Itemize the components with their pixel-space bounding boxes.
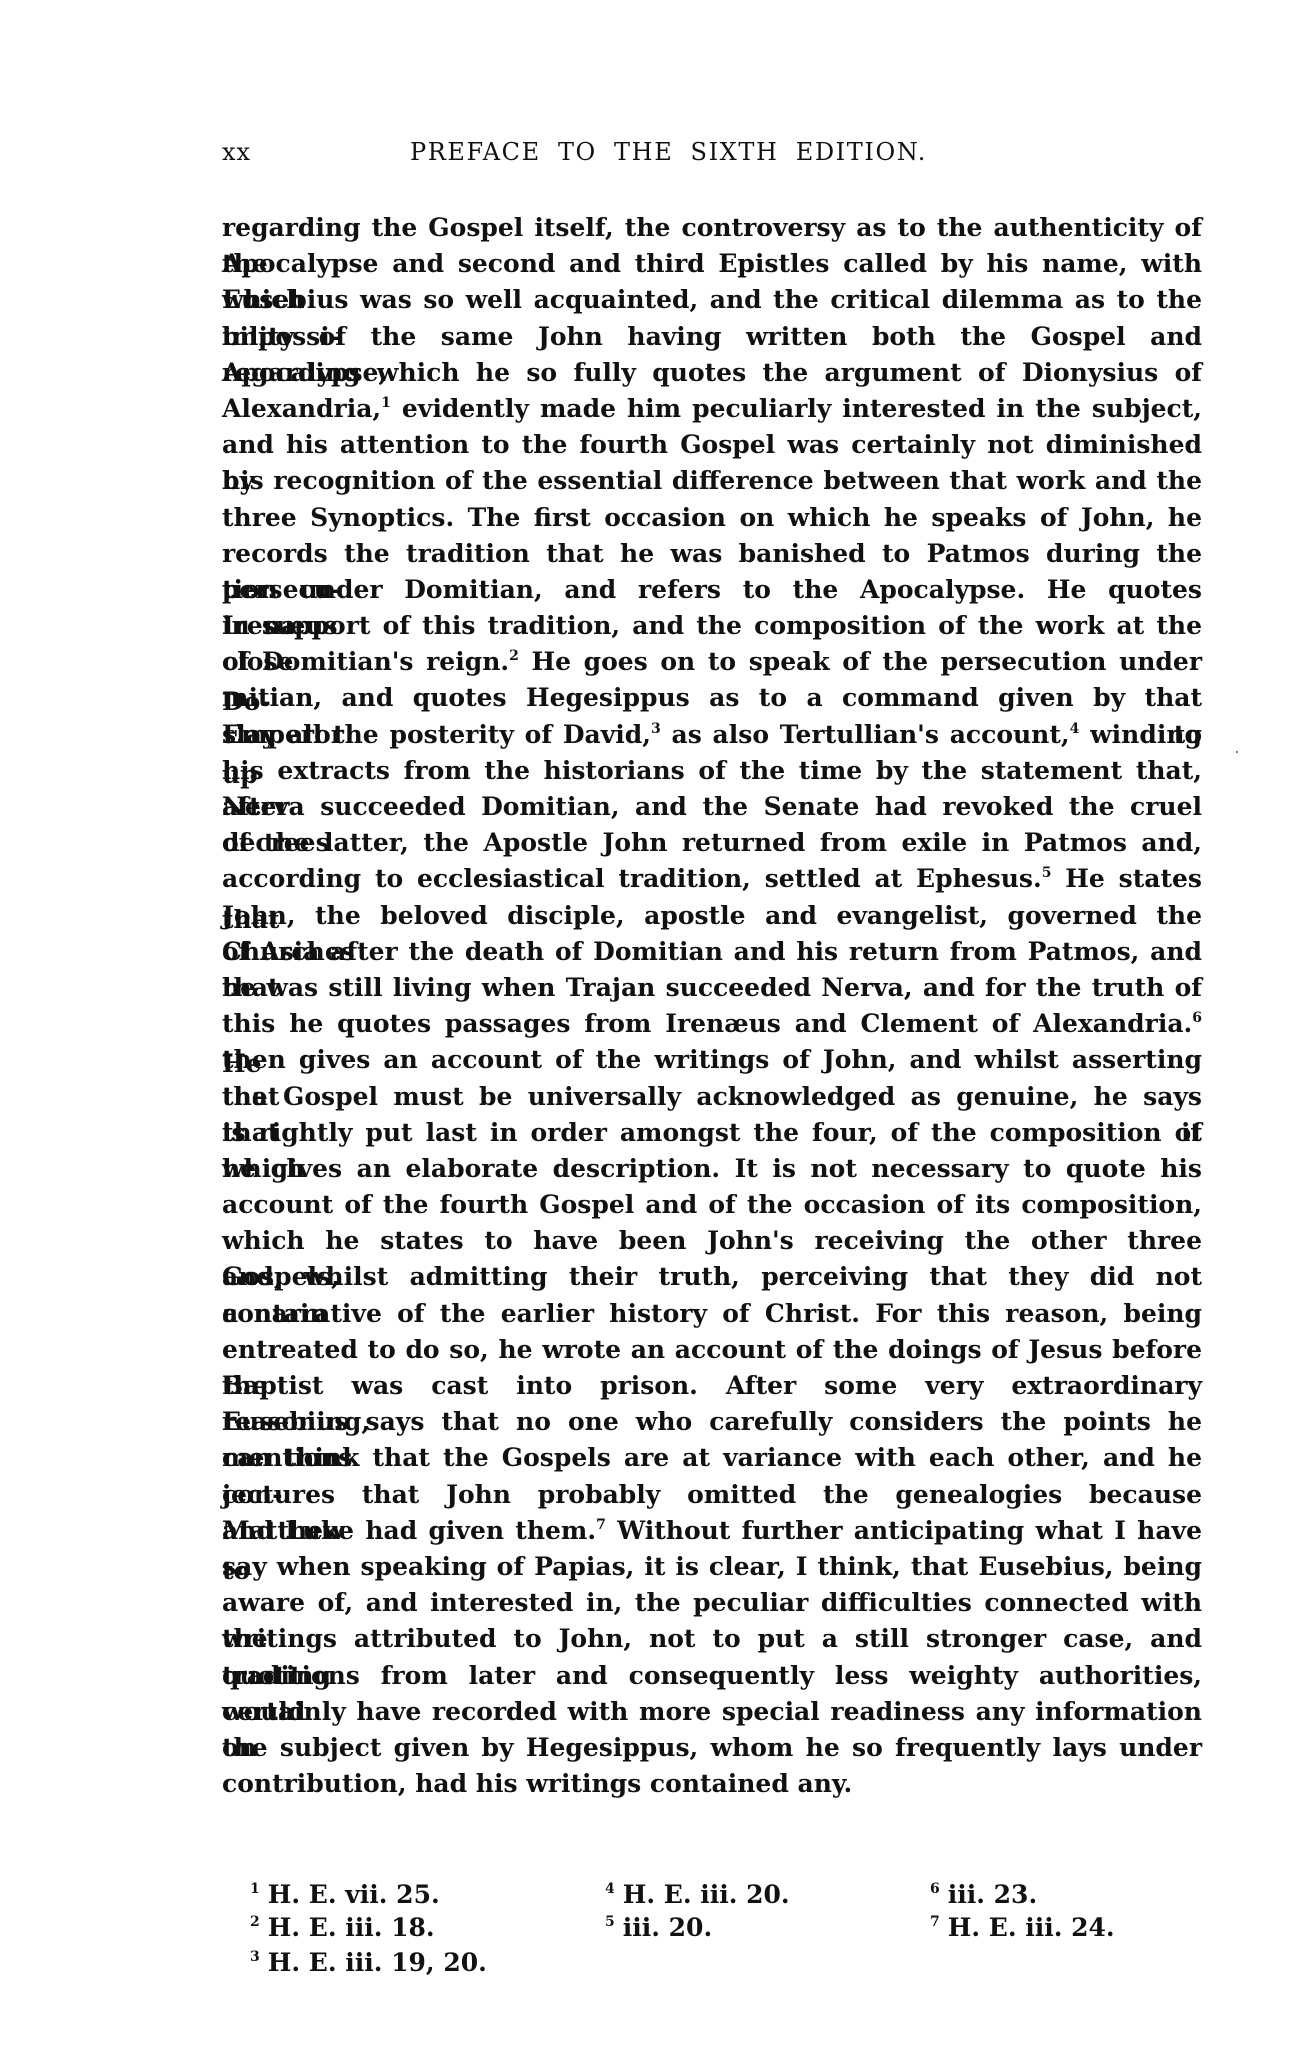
text-line: he was still living when Trajan succeede… [222,970,1202,1006]
text-line: contribution, had his writings contained… [222,1766,1202,1802]
footnote-reference: 2 [509,648,519,664]
text-line: his extracts from the historians of the … [222,753,1202,789]
page-number: xx [222,138,251,166]
text-line-content: his recognition of the essential differe… [222,463,1202,499]
text-line: regarding which he so fully quotes the a… [222,355,1202,391]
text-line: the Gospel must be universally acknowled… [222,1079,1202,1115]
text-line-content: contribution, had his writings contained… [222,1766,1202,1802]
text-line-content: account of the fourth Gospel and of the … [222,1187,1202,1223]
footnote-2: 2H. E. iii. 18. [250,1911,435,1949]
text-line: and his attention to the fourth Gospel w… [222,427,1202,463]
footnote-3: 3H. E. iii. 19, 20. [250,1946,487,1984]
text-line: can think that the Gospels are at varian… [222,1440,1202,1476]
text-line: bility of the same John having written b… [222,319,1202,355]
body-paragraph: regarding the Gospel itself, the controv… [222,210,1202,1802]
text-line: jectures that John probably omitted the … [222,1477,1202,1513]
text-line: in support of this tradition, and the co… [222,608,1202,644]
text-line: this he quotes passages from Irenæus and… [222,1006,1202,1042]
running-title: PREFACE TO THE SIXTH EDITION. [410,138,927,166]
text-line: aware of, and interested in, the peculia… [222,1585,1202,1621]
text-line: Alexandria,1 evidently made him peculiar… [222,391,1202,427]
text-line: regarding the Gospel itself, the controv… [222,210,1202,246]
text-line: is rightly put last in order amongst the… [222,1115,1202,1151]
footnote-reference: 6 [1192,1010,1202,1026]
footnote-reference: 5 [1042,865,1052,881]
footnote-marker: 5 [605,1914,615,1930]
book-page: xx PREFACE TO THE SIXTH EDITION. regardi… [0,0,1293,2050]
text-line: and, whilst admitting their truth, perce… [222,1259,1202,1295]
footnote-text: H. E. iii. 20. [623,1880,790,1909]
text-line: and Luke had given them.7 Without furthe… [222,1513,1202,1549]
text-line-content: say when speaking of Papias, it is clear… [222,1549,1202,1585]
text-line: then gives an account of the writings of… [222,1042,1202,1078]
text-line: Baptist was cast into prison. After some… [222,1368,1202,1404]
text-line: he gives an elaborate description. It is… [222,1151,1202,1187]
text-line: tion under Domitian, and refers to the A… [222,572,1202,608]
footnote-7: 7H. E. iii. 24. [930,1911,1115,1949]
text-line: the subject given by Hegesippus, whom he… [222,1730,1202,1766]
footnote-reference: 1 [381,395,391,411]
text-line-content: he was still living when Trajan succeede… [222,970,1202,1006]
footnote-marker: 6 [930,1881,940,1897]
text-line: certainly have recorded with more specia… [222,1694,1202,1730]
footnote-marker: 4 [605,1881,615,1897]
text-line-content: the subject given by Hegesippus, whom he… [222,1730,1202,1766]
running-head: xx PREFACE TO THE SIXTH EDITION. [222,138,1202,172]
footnote-5: 5iii. 20. [605,1911,712,1949]
text-line: of the latter, the Apostle John returned… [222,825,1202,861]
text-line: which he states to have been John's rece… [222,1223,1202,1259]
text-line: say when speaking of Papias, it is clear… [222,1549,1202,1585]
text-line: slay all the posterity of David,3 as als… [222,717,1202,753]
text-line-content: regarding which he so fully quotes the a… [222,355,1202,391]
text-line: traditions from later and consequently l… [222,1658,1202,1694]
text-line-content: of the latter, the Apostle John returned… [222,825,1202,861]
text-line: a narrative of the earlier history of Ch… [222,1296,1202,1332]
text-line-content: three Synoptics. The first occasion on w… [222,500,1202,536]
footnote-text: H. E. iii. 19, 20. [268,1948,487,1977]
text-line: account of the fourth Gospel and of the … [222,1187,1202,1223]
footnote-text: H. E. iii. 24. [948,1913,1115,1942]
text-line: Eusebius says that no one who carefully … [222,1404,1202,1440]
text-line: Nerva succeeded Domitian, and the Senate… [222,789,1202,825]
footnote-marker: 3 [250,1949,260,1965]
scan-speck [1236,751,1238,753]
text-line: Apocalypse and second and third Epistles… [222,246,1202,282]
text-line: entreated to do so, he wrote an account … [222,1332,1202,1368]
text-line: three Synoptics. The first occasion on w… [222,500,1202,536]
footnote-text: H. E. vii. 25. [268,1880,440,1909]
footnote-marker: 2 [250,1914,260,1930]
text-line: his recognition of the essential differe… [222,463,1202,499]
text-line: records the tradition that he was banish… [222,536,1202,572]
footnote-reference: 4 [1070,721,1080,737]
text-line: writings attributed to John, not to put … [222,1621,1202,1657]
footnote-text: H. E. iii. 18. [268,1913,435,1942]
footnote-reference: 7 [596,1517,606,1533]
text-line: of Domitian's reign.2 He goes on to spea… [222,644,1202,680]
footnote-marker: 7 [930,1914,940,1930]
text-line: according to ecclesiastical tradition, s… [222,861,1202,897]
footnote-text: iii. 23. [948,1880,1037,1909]
text-line: mitian, and quotes Hegesippus as to a co… [222,680,1202,716]
text-line-content: he gives an elaborate description. It is… [222,1151,1202,1187]
footnote-marker: 1 [250,1881,260,1897]
text-line-content: Alexandria,1 evidently made him peculiar… [222,391,1202,431]
footnote-reference: 3 [651,721,661,737]
text-line: Eusebius was so well acquainted, and the… [222,282,1202,318]
footnote-text: iii. 20. [623,1913,712,1942]
text-line: John, the beloved disciple, apostle and … [222,898,1202,934]
text-line-content: a narrative of the earlier history of Ch… [222,1296,1202,1332]
text-line: of Asia after the death of Domitian and … [222,934,1202,970]
